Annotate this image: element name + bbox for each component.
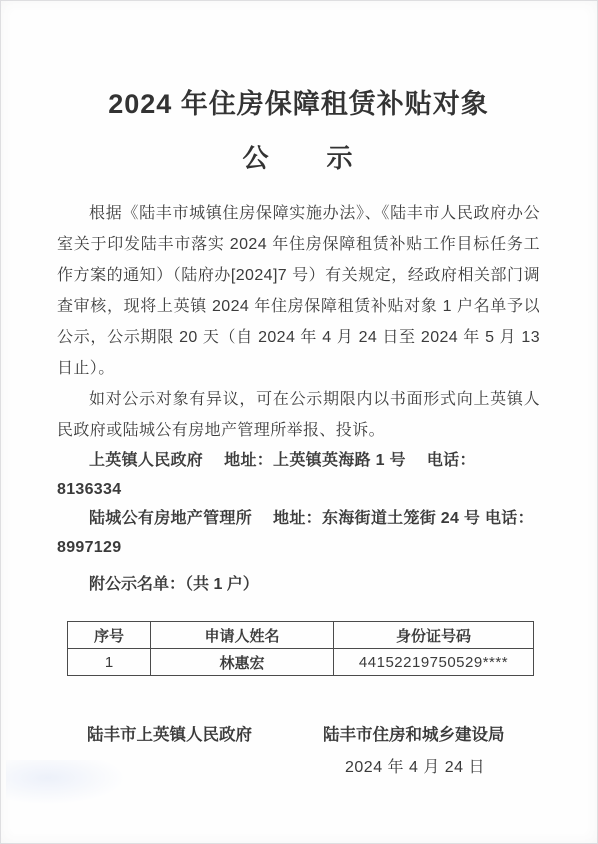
table-header-row: 序号 申请人姓名 身份证号码 (68, 622, 534, 649)
cell-applicant-name: 林惠宏 (151, 649, 334, 676)
document-content: 2024 年住房保障租赁补贴对象 公 示 根据《陆丰市城镇住房保障实施办法》、《… (0, 88, 598, 780)
table-row: 1 林惠宏 44152219750529**** (68, 649, 534, 676)
signature-left-org: 陆丰市上英镇人民政府 (87, 723, 252, 747)
attachment-label: 附公示名单：（共 1 户） (57, 570, 540, 599)
cell-serial-number: 1 (68, 649, 151, 676)
contact-line-phone-wrapped: 8997129 (57, 533, 540, 562)
signature-right-org: 陆丰市住房和城乡建设局 (323, 723, 505, 747)
contact-line-property-office: 陆城公有房地产管理所 地址：东海街道土笼街 24 号 电话： (57, 504, 540, 533)
signature-date: 2024 年 4 月 24 日 (345, 756, 540, 780)
contact-block: 上英镇人民政府 地址：上英镇英海路 1 号 电话：8136334 陆城公有房地产… (57, 446, 540, 562)
paragraph-objection: 如对公示对象有异议，可在公示期限内以书面形式向上英镇人民政府或陆城公有房地产管理… (57, 384, 540, 446)
signature-row: 陆丰市上英镇人民政府 陆丰市住房和城乡建设局 (57, 723, 540, 747)
roster-table: 序号 申请人姓名 身份证号码 1 林惠宏 44152219750529**** (67, 621, 534, 676)
cell-id-number: 44152219750529**** (334, 649, 534, 676)
header-applicant-name: 申请人姓名 (151, 622, 334, 649)
paragraph-basis: 根据《陆丰市城镇住房保障实施办法》、《陆丰市人民政府办公室关于印发陆丰市落实 2… (57, 198, 540, 384)
document-page: 2024 年住房保障租赁补贴对象 公 示 根据《陆丰市城镇住房保障实施办法》、《… (0, 0, 598, 844)
header-serial-number: 序号 (68, 622, 151, 649)
header-id-number: 身份证号码 (334, 622, 534, 649)
document-title: 2024 年住房保障租赁补贴对象 (57, 88, 540, 120)
document-subtitle: 公 示 (57, 142, 540, 174)
contact-line-town-government: 上英镇人民政府 地址：上英镇英海路 1 号 电话：8136334 (57, 446, 540, 504)
